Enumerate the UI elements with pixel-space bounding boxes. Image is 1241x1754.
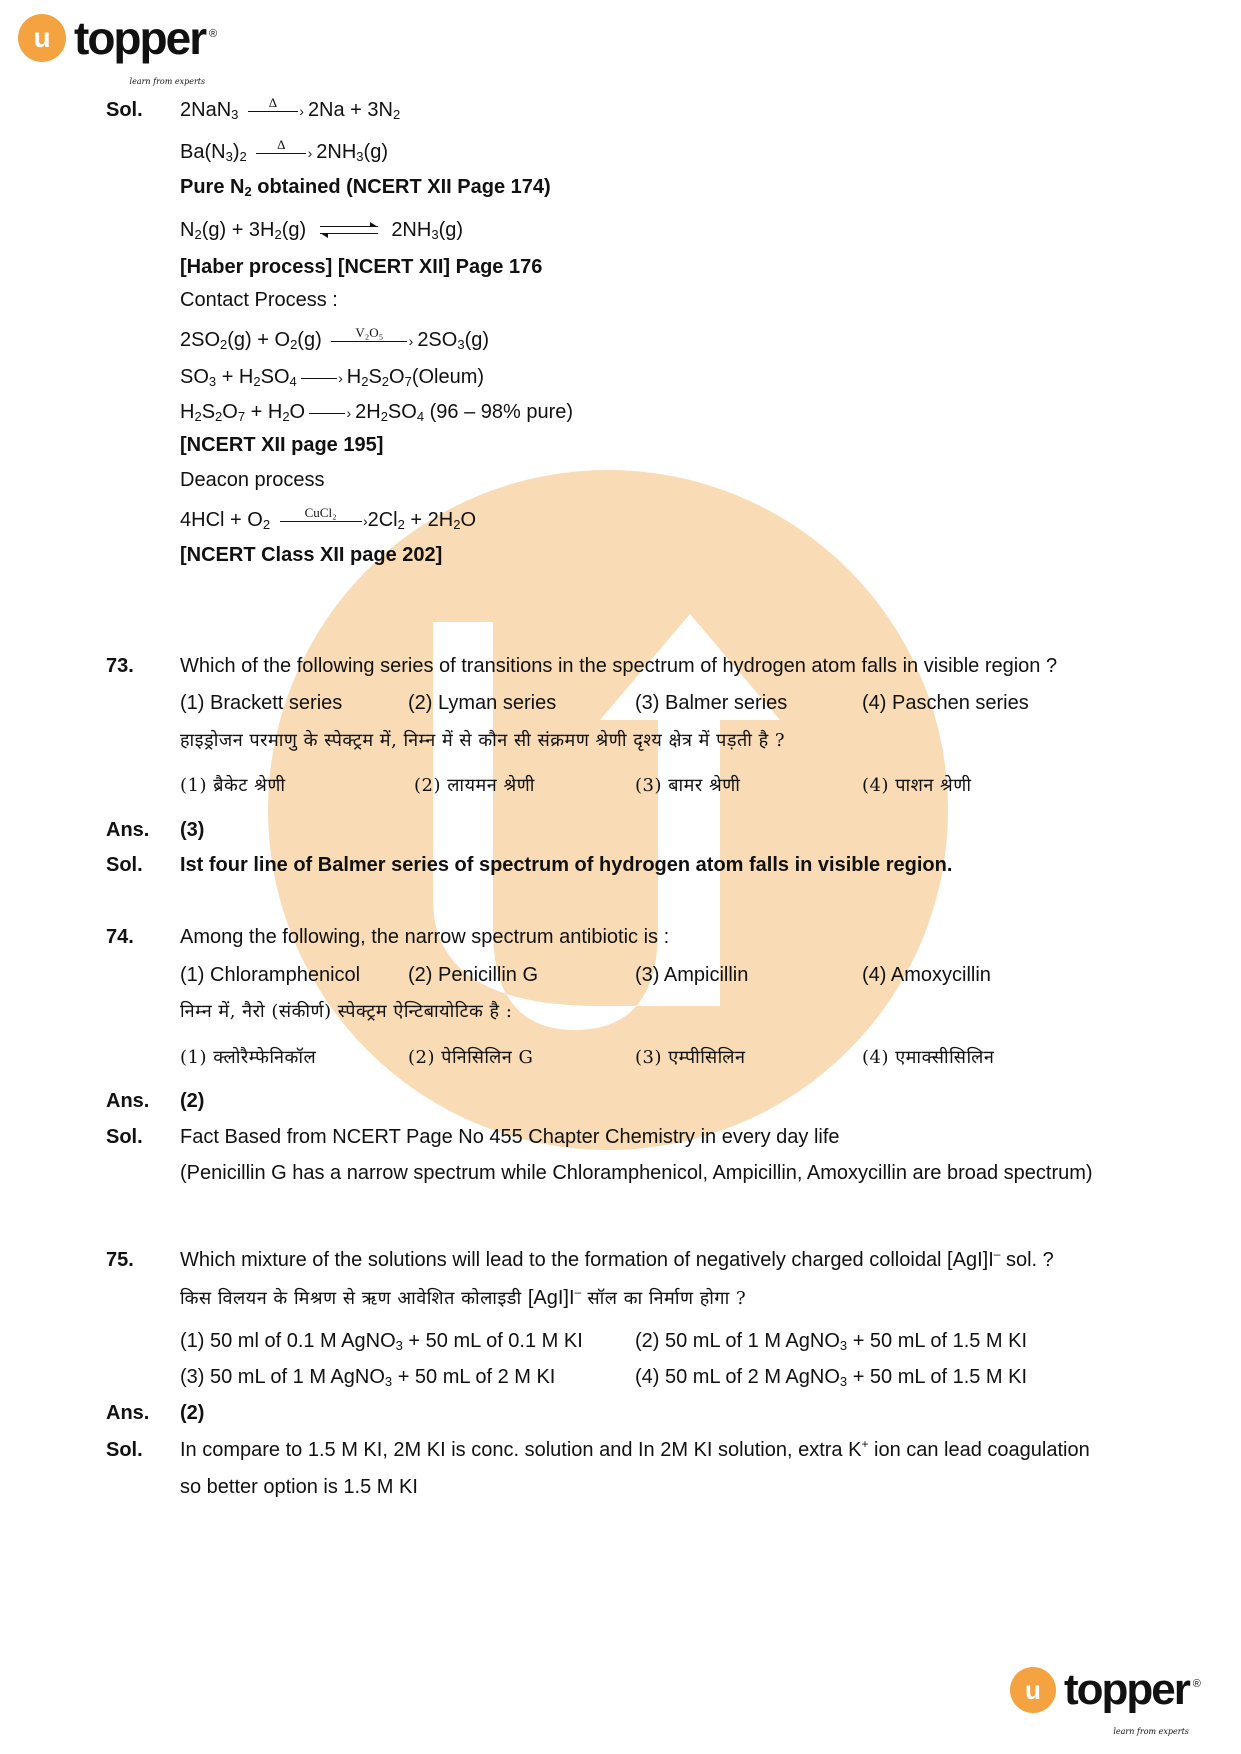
equation-deacon: 4HCl + O2 CuCl₂›2Cl2 + 2H2O [180, 508, 476, 532]
question-text-en: Which of the following series of transit… [180, 654, 1057, 678]
option-3-hi: (3) एम्पीसिलिन [635, 1046, 746, 1070]
sol-label: Sol. [106, 1125, 143, 1149]
answer-value: (3) [180, 818, 204, 842]
note-ncert-202: [NCERT Class XII page 202] [180, 543, 442, 567]
solution-text-2: so better option is 1.5 M KI [180, 1475, 418, 1499]
reaction-arrow-icon: Δ› [256, 143, 312, 163]
question-number: 74. [106, 925, 134, 949]
ans-label: Ans. [106, 1401, 149, 1425]
option-2: (2) Lyman series [408, 691, 556, 715]
option-2: (2) 50 mL of 1 M AgNO3 + 50 mL of 1.5 M … [635, 1329, 1027, 1353]
note-haber: [Haber process] [NCERT XII] Page 176 [180, 255, 542, 279]
option-1: (1) Chloramphenicol [180, 963, 360, 987]
note-pure-n2: Pure N2 obtained (NCERT XII Page 174) [180, 175, 551, 199]
option-4: (4) 50 mL of 2 M AgNO3 + 50 mL of 1.5 M … [635, 1365, 1027, 1389]
brand-name: topper ® learn from experts [74, 15, 205, 61]
option-4: (4) Amoxycillin [862, 963, 991, 987]
question-number: 73. [106, 654, 134, 678]
option-3-hi: (3) बामर श्रेणी [635, 774, 740, 798]
sol-label: Sol. [106, 98, 143, 122]
registered-mark: ® [209, 11, 217, 57]
topper-u-icon: u [18, 14, 66, 62]
equation-contact-2: SO3 + H2SO4›H2S2O7(Oleum) [180, 365, 484, 389]
equation-haber: N2(g) + 3H2(g) 2NH3(g) [180, 218, 463, 242]
topper-u-icon: u [1010, 1667, 1056, 1713]
equation-contact-3: H2S2O7 + H2O›2H2SO4 (96 – 98% pure) [180, 400, 573, 424]
question-text-hi: निम्न में, नैरो (संकीर्ण) स्पेक्ट्रम ऐन्… [180, 1000, 512, 1024]
question-number: 75. [106, 1248, 134, 1272]
option-4: (4) Paschen series [862, 691, 1029, 715]
option-2-hi: (2) लायमन श्रेणी [414, 774, 535, 798]
note-ncert-195: [NCERT XII page 195] [180, 433, 383, 457]
option-3: (3) 50 mL of 1 M AgNO3 + 50 mL of 2 M KI [180, 1365, 555, 1389]
reaction-arrow-icon: V₂O₅› [331, 331, 413, 351]
option-2: (2) Penicillin G [408, 963, 538, 987]
option-4-hi: (4) एमाक्सीसिलिन [862, 1046, 994, 1070]
option-3: (3) Balmer series [635, 691, 787, 715]
option-1: (1) Brackett series [180, 691, 342, 715]
reaction-arrow-icon: CuCl₂› [280, 511, 368, 531]
option-1-hi: (1) ब्रैकेट श्रेणी [180, 774, 286, 798]
brand-name: topper ® learn from experts [1064, 1668, 1189, 1712]
footer-logo: u topper ® learn from experts [1010, 1667, 1189, 1713]
heading-deacon-process: Deacon process [180, 468, 325, 492]
question-text-en: Among the following, the narrow spectrum… [180, 925, 669, 949]
solution-text: In compare to 1.5 M KI, 2M KI is conc. s… [180, 1438, 1090, 1462]
solution-text-2: (Penicillin G has a narrow spectrum whil… [180, 1161, 1093, 1185]
option-4-hi: (4) पाशन श्रेणी [862, 774, 971, 798]
option-1: (1) 50 ml of 0.1 M AgNO3 + 50 mL of 0.1 … [180, 1329, 583, 1353]
reaction-arrow-icon: › [309, 403, 351, 423]
answer-value: (2) [180, 1089, 204, 1113]
equilibrium-arrow-icon [320, 221, 378, 241]
registered-mark: ® [1193, 1662, 1201, 1706]
option-3: (3) Ampicillin [635, 963, 748, 987]
answer-value: (2) [180, 1401, 204, 1425]
equation-contact-1: 2SO2(g) + O2(g) V₂O₅›2SO3(g) [180, 328, 489, 352]
solution-text: Ist four line of Balmer series of spectr… [180, 853, 952, 877]
question-text-en: Which mixture of the solutions will lead… [180, 1248, 1054, 1272]
reaction-arrow-icon: Δ› [248, 101, 304, 121]
question-text-hi: हाइड्रोजन परमाणु के स्पेक्ट्रम में, निम्… [180, 729, 785, 753]
question-text-hi: किस विलयन के मिश्रण से ऋण आवेशित कोलाइडी… [180, 1286, 746, 1311]
option-2-hi: (2) पेनिसिलिन G [408, 1046, 533, 1070]
ans-label: Ans. [106, 818, 149, 842]
sol-label: Sol. [106, 853, 143, 877]
header-logo: u topper ® learn from experts [18, 14, 205, 62]
equation-sodium-azide: 2NaN3 Δ›2Na + 3N2 [180, 98, 400, 122]
equation-barium-azide: Ba(N3)2 Δ›2NH3(g) [180, 140, 388, 164]
heading-contact-process: Contact Process : [180, 288, 338, 312]
brand-tagline: learn from experts [1113, 1710, 1189, 1754]
ans-label: Ans. [106, 1089, 149, 1113]
option-1-hi: (1) क्लोरैम्फेनिकॉल [180, 1046, 316, 1070]
sol-label: Sol. [106, 1438, 143, 1462]
solution-text: Fact Based from NCERT Page No 455 Chapte… [180, 1125, 840, 1149]
reaction-arrow-icon: › [301, 368, 343, 388]
